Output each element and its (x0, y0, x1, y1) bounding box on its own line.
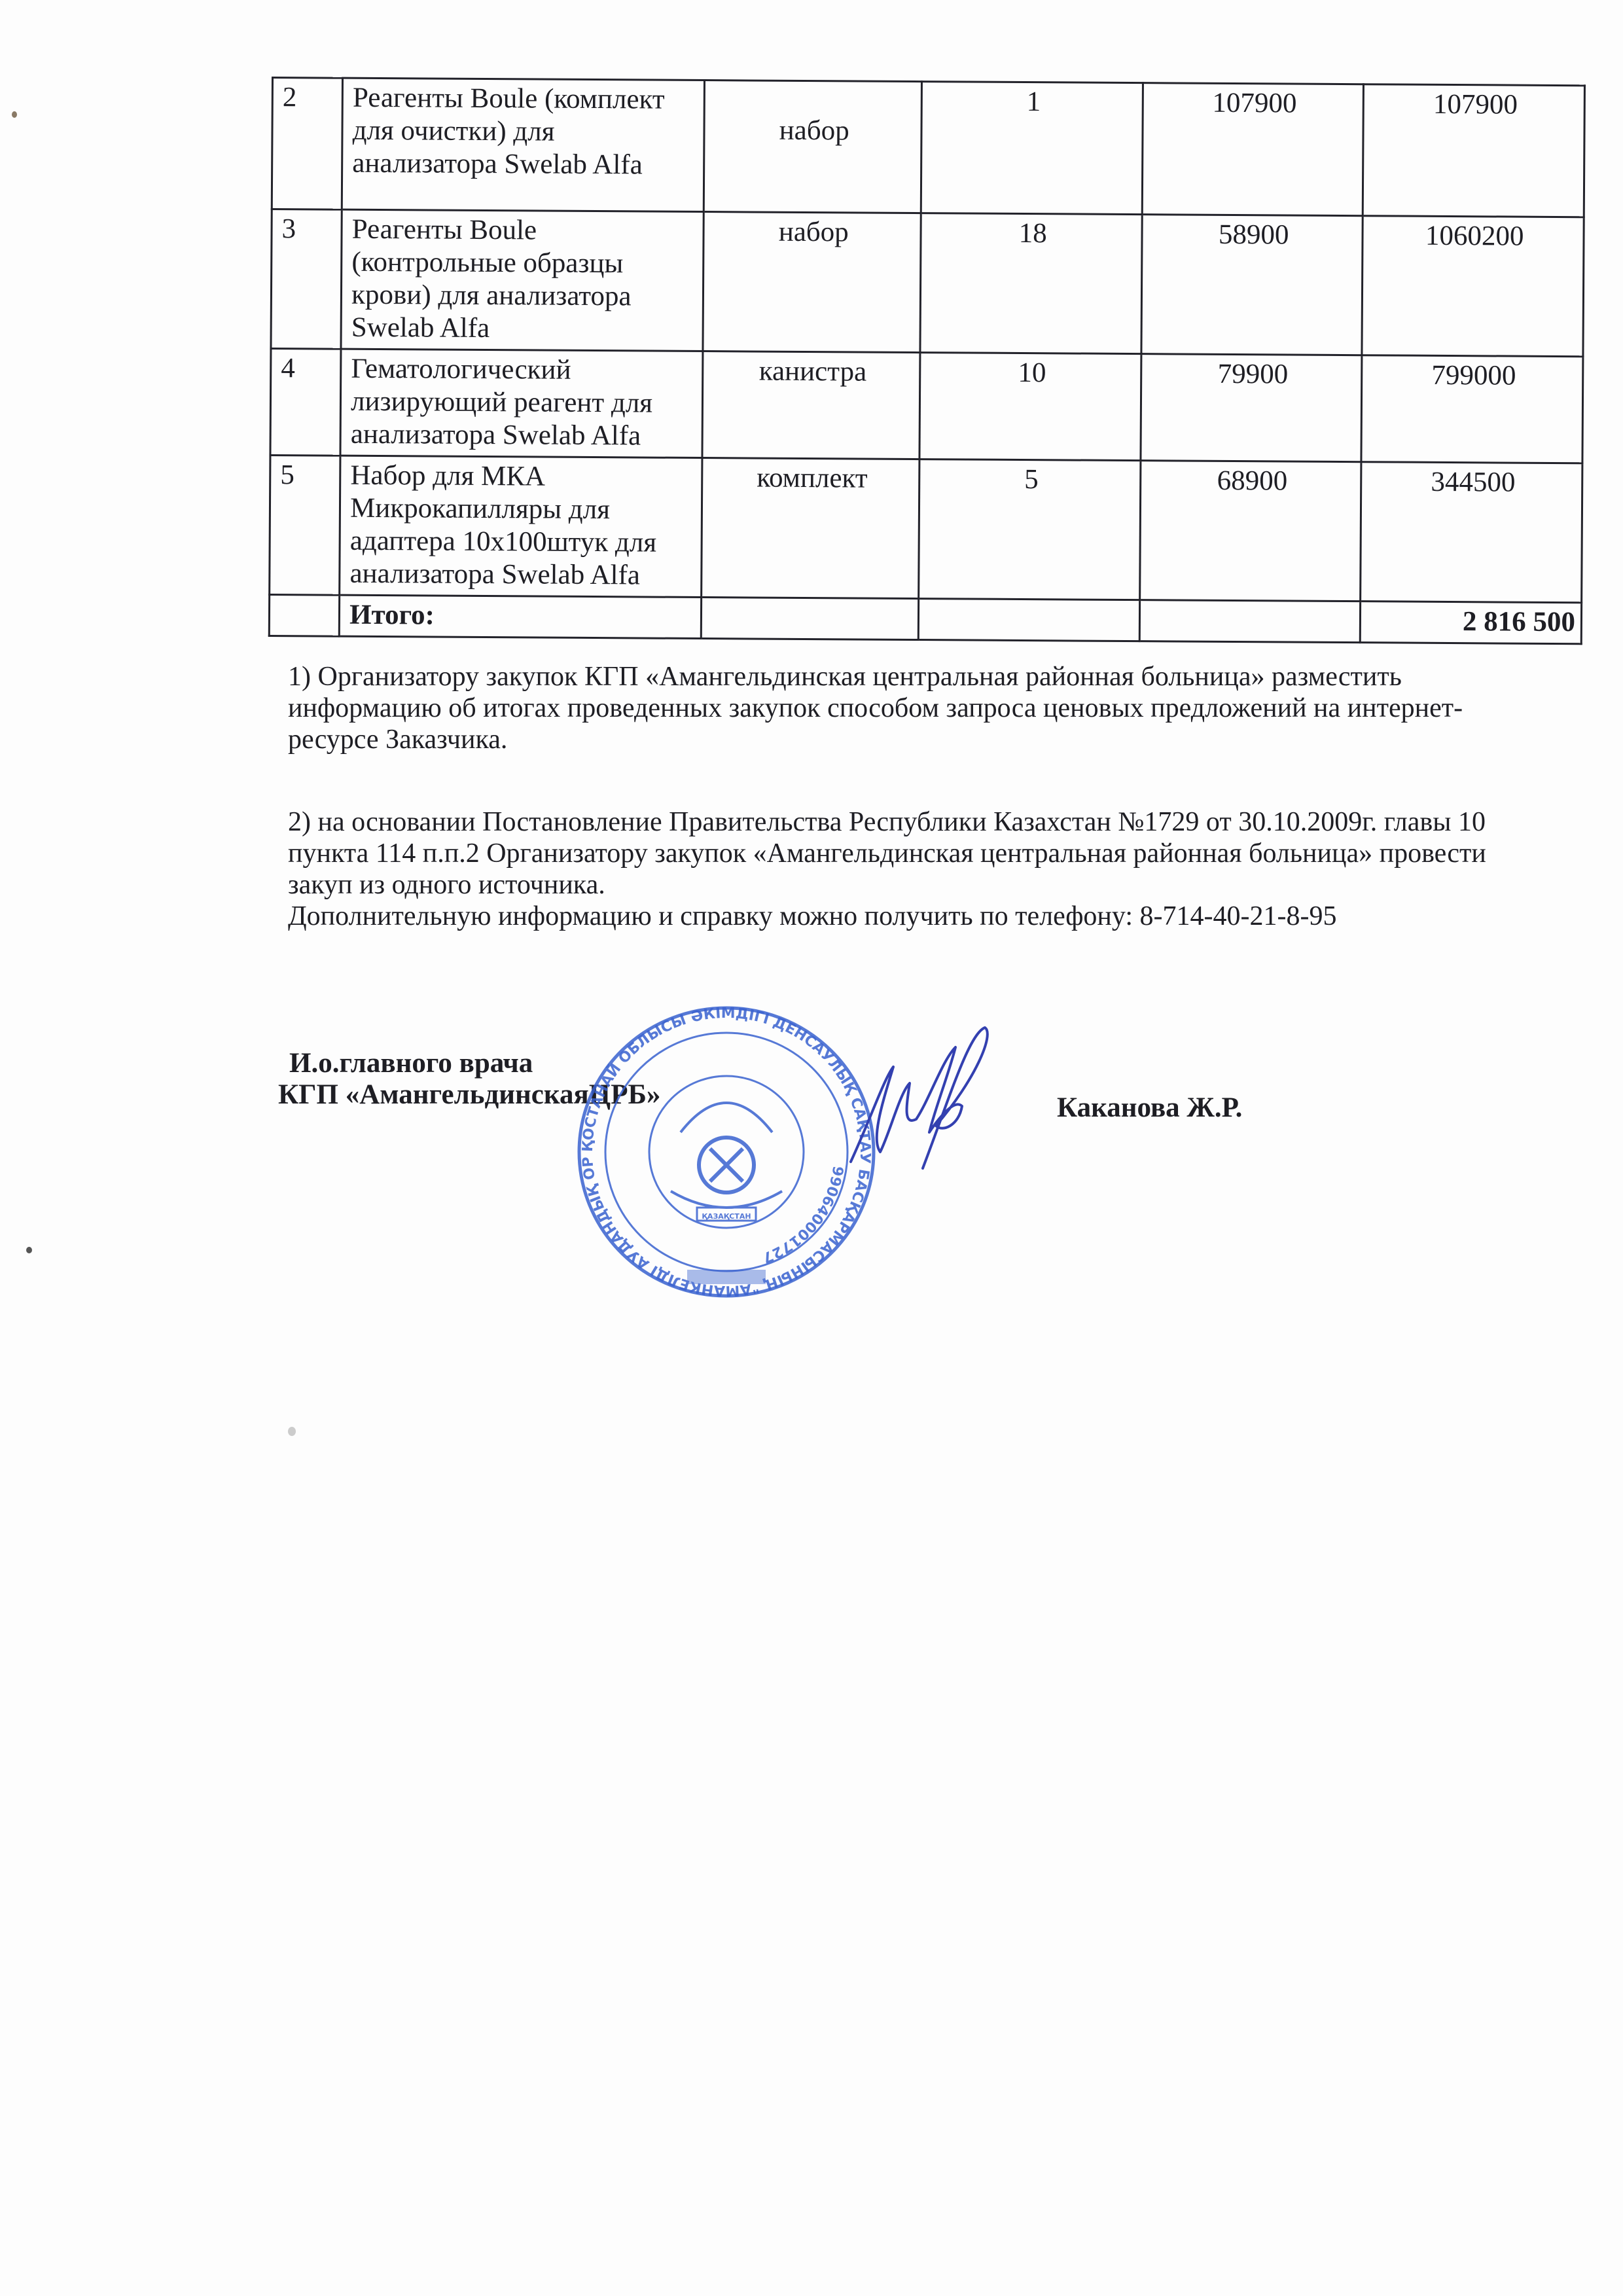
scan-speck (288, 1427, 296, 1436)
paragraph-single-source: 2) на основании Постановление Правительс… (288, 806, 1531, 901)
item-name: Набор для МКА Микрокапилляры для адаптер… (340, 456, 702, 597)
item-sum: 799000 (1361, 355, 1583, 463)
total-row: Итого: 2 816 500 (269, 594, 1581, 643)
empty-cell (701, 598, 919, 640)
item-sum: 1060200 (1362, 216, 1584, 357)
items-table: 2 Реагенты Boule (комплект для очистки) … (268, 77, 1586, 645)
scan-speck (12, 111, 17, 118)
item-name: Реагенты Boule (комплект для очистки) дл… (342, 78, 704, 211)
item-price: 58900 (1141, 215, 1363, 355)
total-value: 2 816 500 (1361, 601, 1582, 644)
item-unit: комплект (702, 458, 920, 599)
item-sum: 344500 (1361, 462, 1582, 603)
stamp-center-text: ҚАЗАҚСТАН (702, 1212, 751, 1221)
row-number: 2 (272, 78, 342, 210)
table-row: 5 Набор для МКА Микрокапилляры для адапт… (270, 455, 1582, 602)
item-unit: набор (704, 81, 922, 213)
total-label: Итого: (339, 595, 701, 638)
signatory-position: И.о.главного врача (289, 1047, 533, 1080)
paragraph-publish-results: 1) Организатору закупок КГП «Амангельдин… (288, 661, 1531, 755)
empty-cell (919, 599, 1140, 641)
scan-speck (26, 1247, 32, 1253)
item-quantity: 18 (920, 213, 1142, 354)
item-sum: 107900 (1363, 84, 1585, 217)
table-row: 3 Реагенты Boule (контрольные образцы кр… (271, 209, 1584, 357)
paragraph-contact-phone: Дополнительную информацию и справку можн… (288, 901, 1531, 932)
item-name: Гематологический лизирующий реагент для … (340, 349, 703, 457)
item-price: 79900 (1141, 354, 1362, 462)
item-price: 107900 (1142, 83, 1364, 216)
item-unit: набор (703, 212, 921, 353)
document-page: 2 Реагенты Boule (комплект для очистки) … (0, 0, 1623, 2296)
item-price: 68900 (1140, 461, 1362, 601)
item-name: Реагенты Boule (контрольные образцы кров… (341, 209, 704, 351)
signatory-name: Каканова Ж.Р. (1057, 1092, 1242, 1124)
row-number: 4 (270, 349, 341, 456)
empty-cell (1139, 600, 1361, 643)
handwritten-signature-icon (844, 1021, 1014, 1172)
row-number (269, 594, 340, 636)
table-row: 4 Гематологический лизирующий реагент дл… (270, 349, 1583, 463)
item-quantity: 5 (919, 459, 1141, 600)
item-quantity: 1 (921, 82, 1143, 215)
table-row: 2 Реагенты Boule (комплект для очистки) … (272, 78, 1584, 217)
item-quantity: 10 (919, 353, 1141, 461)
row-number: 5 (270, 455, 340, 595)
row-number: 3 (271, 209, 342, 350)
item-unit: канистра (702, 351, 920, 459)
